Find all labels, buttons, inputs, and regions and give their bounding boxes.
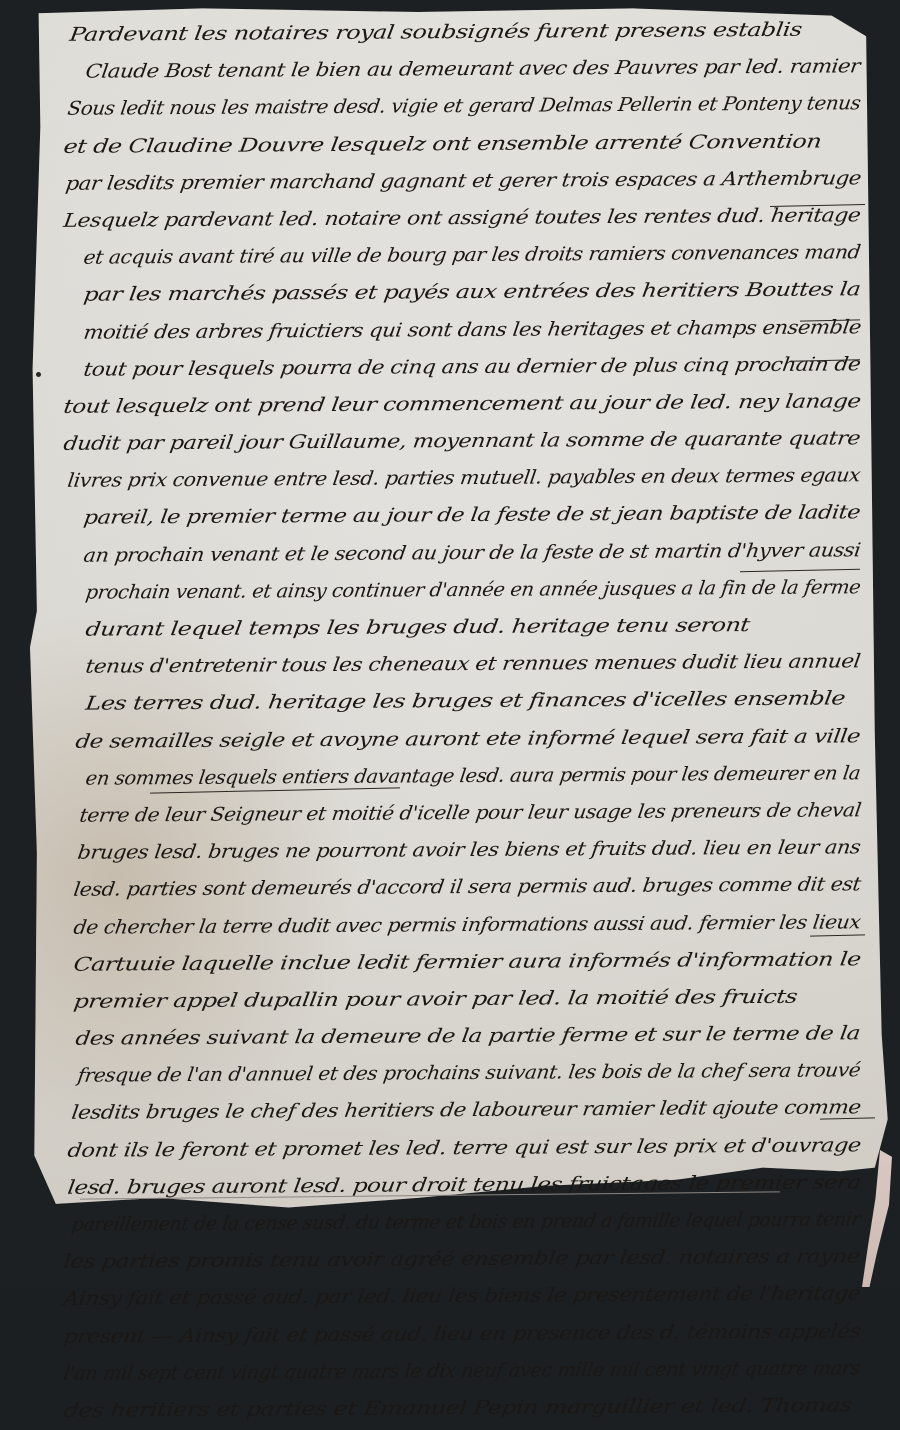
text-line: lesd. bruges auront lesd. pour droit ten… bbox=[57, 1164, 883, 1207]
text-line: dont ils le feront et promet les led. te… bbox=[57, 1127, 883, 1170]
text-line: dudit par pareil jour Guillaume, moyenna… bbox=[57, 420, 883, 463]
text-line: prochain venant. et ainsy continuer d'an… bbox=[57, 569, 883, 612]
text-line: et acquis avant tiré au ville de bourg p… bbox=[57, 234, 883, 277]
text-line: Claude Bost tenant le bien au demeurant … bbox=[57, 48, 883, 91]
text-line: durant lequel temps les bruges dud. heri… bbox=[57, 606, 883, 649]
text-line: par lesdits premier marchand gagnant et … bbox=[57, 160, 883, 203]
text-line: premier appel dupallin pour avoir par le… bbox=[57, 978, 883, 1021]
text-line: moitié des arbres fruictiers qui sont da… bbox=[57, 309, 883, 352]
text-line: tenus d'entretenir tous les cheneaux et … bbox=[57, 643, 883, 686]
text-line: et de Claudine Douvre lesquelz ont ensem… bbox=[57, 123, 883, 166]
text-line: lesdits bruges le chef des heritiers de … bbox=[57, 1090, 883, 1133]
text-line: de chercher la terre dudit avec permis i… bbox=[57, 904, 883, 947]
text-line: par les marchés passés et payés aux entr… bbox=[57, 271, 883, 314]
text-line: terre de leur Seigneur et moitié d'icell… bbox=[57, 792, 883, 835]
text-line: Pardevant les notaires royal soubsignés … bbox=[57, 11, 883, 54]
ink-dot bbox=[36, 372, 41, 377]
handwritten-text-block: Pardevant les notaires royal soubsignés … bbox=[60, 14, 880, 1287]
text-line: an prochain venant et le second au jour … bbox=[57, 532, 883, 575]
text-line: tout lesquelz ont prend leur commencemen… bbox=[57, 383, 883, 426]
text-line: pareil, le premier terme au jour de la f… bbox=[57, 495, 883, 538]
text-line: de semailles seigle et avoyne auront ete… bbox=[57, 718, 883, 761]
text-line: Sous ledit nous les maistre desd. vigie … bbox=[57, 86, 883, 129]
text-line: bruges lesd. bruges ne pourront avoir le… bbox=[57, 829, 883, 872]
text-line: fresque de l'an d'annuel et des prochain… bbox=[57, 1052, 883, 1095]
text-line: des années suivant la demeure de la part… bbox=[57, 1015, 883, 1058]
text-line: Lesquelz pardevant led. notaire ont assi… bbox=[57, 197, 883, 240]
text-line: pareillement de la cense susd. du terme … bbox=[57, 1201, 883, 1244]
text-line: Cartuuie laquelle inclue ledit fermier a… bbox=[57, 941, 883, 984]
text-line: lesd. parties sont demeurés d'accord il … bbox=[57, 866, 883, 909]
text-line: tout pour lesquels pourra de cinq ans au… bbox=[57, 346, 883, 389]
text-line: Les terres dud. heritage les bruges et f… bbox=[57, 681, 883, 724]
text-line: les parties promis tenu avoir agréé ense… bbox=[57, 1238, 883, 1281]
text-line: livres prix convenue entre lesd. parties… bbox=[57, 457, 883, 500]
